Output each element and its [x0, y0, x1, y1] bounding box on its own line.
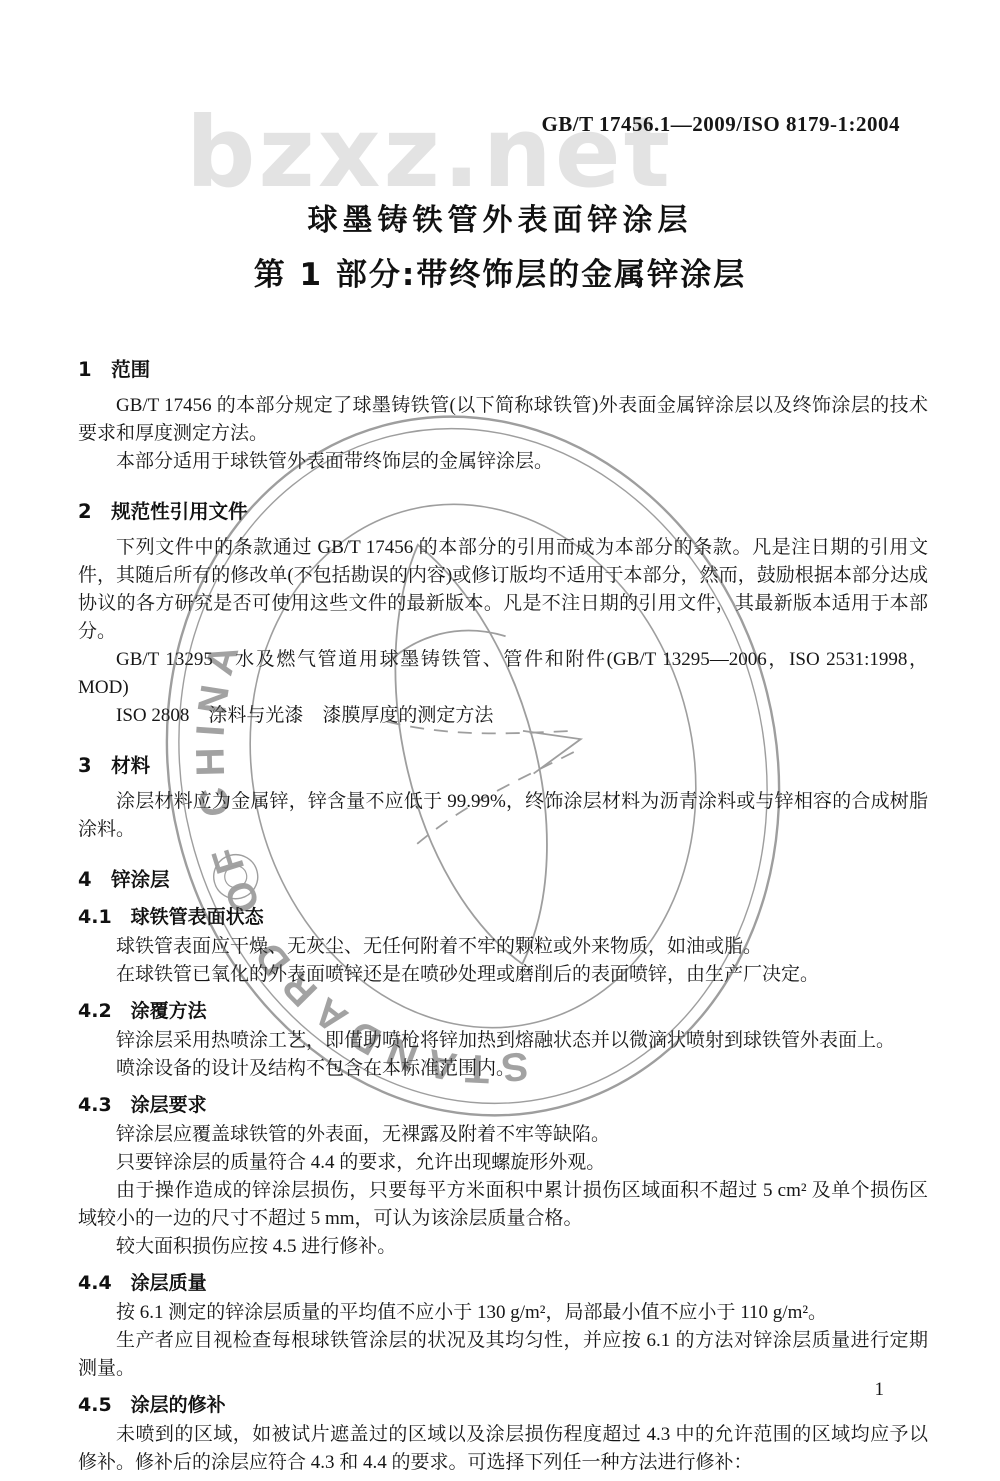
paragraph: 锌涂层采用热喷涂工艺，即借助喷枪将锌加热到熔融状态并以微滴状喷射到球铁管外表面上… [78, 1027, 928, 1055]
standard-code: GB/T 17456.1—2009/ISO 8179-1:2004 [0, 0, 1000, 137]
paragraph: 下列文件中的条款通过 GB/T 17456 的本部分的引用而成为本部分的条款。凡… [78, 534, 928, 646]
section-heading-zinc-coating: 4 锌涂层 [78, 864, 928, 892]
paragraph: GB/T 13295 水及燃气管道用球墨铸铁管、管件和附件(GB/T 13295… [78, 646, 928, 702]
paragraph: 涂层材料应为金属锌，锌含量不应低于 99.99%，终饰涂层材料为沥青涂料或与锌相… [78, 788, 928, 844]
paragraph: 按 6.1 测定的锌涂层质量的平均值不应小于 130 g/m²，局部最小值不应小… [78, 1299, 928, 1327]
paragraph: 只要锌涂层的质量符合 4.4 的要求，允许出现螺旋形外观。 [78, 1149, 928, 1177]
paragraph: 生产者应目视检查每根球铁管涂层的状况及其均匀性，并应按 6.1 的方法对锌涂层质… [78, 1327, 928, 1383]
section-heading-references: 2 规范性引用文件 [78, 496, 928, 524]
subsection-heading-4-4: 4.4 涂层质量 [78, 1268, 928, 1295]
paragraph: 较大面积损伤应按 4.5 进行修补。 [78, 1233, 928, 1261]
document-body: 1 范围 GB/T 17456 的本部分规定了球墨铸铁管(以下简称球铁管)外表面… [0, 294, 1000, 1477]
subsection-heading-4-3: 4.3 涂层要求 [78, 1090, 928, 1117]
page-number: 1 [875, 1379, 885, 1401]
paragraph: 锌涂层应覆盖球铁管的外表面，无裸露及附着不牢等缺陷。 [78, 1121, 928, 1149]
paragraph: 在球铁管已氧化的外表面喷锌还是在喷砂处理或磨削后的表面喷锌，由生产厂决定。 [78, 961, 928, 989]
paragraph: 球铁管表面应干燥、无灰尘、无任何附着不牢的颗粒或外来物质，如油或脂。 [78, 933, 928, 961]
doc-title-line1: 球墨铸铁管外表面锌涂层 [0, 195, 1000, 239]
document-page: bzxz.net GB/T 17456.1—2009/ISO 8179-1:20… [0, 0, 1000, 1481]
paragraph: GB/T 17456 的本部分规定了球墨铸铁管(以下简称球铁管)外表面金属锌涂层… [78, 392, 928, 448]
paragraph: 由于操作造成的锌涂层损伤，只要每平方米面积中累计损伤区域面积不超过 5 cm² … [78, 1177, 928, 1233]
subsection-heading-4-2: 4.2 涂覆方法 [78, 996, 928, 1023]
paragraph: 未喷到的区域，如被试片遮盖过的区域以及涂层损伤程度超过 4.3 中的允许范围的区… [78, 1421, 928, 1477]
paragraph: ISO 2808 涂料与光漆 漆膜厚度的测定方法 [78, 702, 928, 730]
section-heading-scope: 1 范围 [78, 354, 928, 382]
paragraph: 喷涂设备的设计及结构不包含在本标准范围内。 [78, 1055, 928, 1083]
section-heading-materials: 3 材料 [78, 750, 928, 778]
subsection-heading-4-5: 4.5 涂层的修补 [78, 1390, 928, 1417]
doc-title-line2: 第 1 部分:带终饰层的金属锌涂层 [0, 249, 1000, 294]
paragraph: 本部分适用于球铁管外表面带终饰层的金属锌涂层。 [78, 448, 928, 476]
subsection-heading-4-1: 4.1 球铁管表面状态 [78, 902, 928, 929]
